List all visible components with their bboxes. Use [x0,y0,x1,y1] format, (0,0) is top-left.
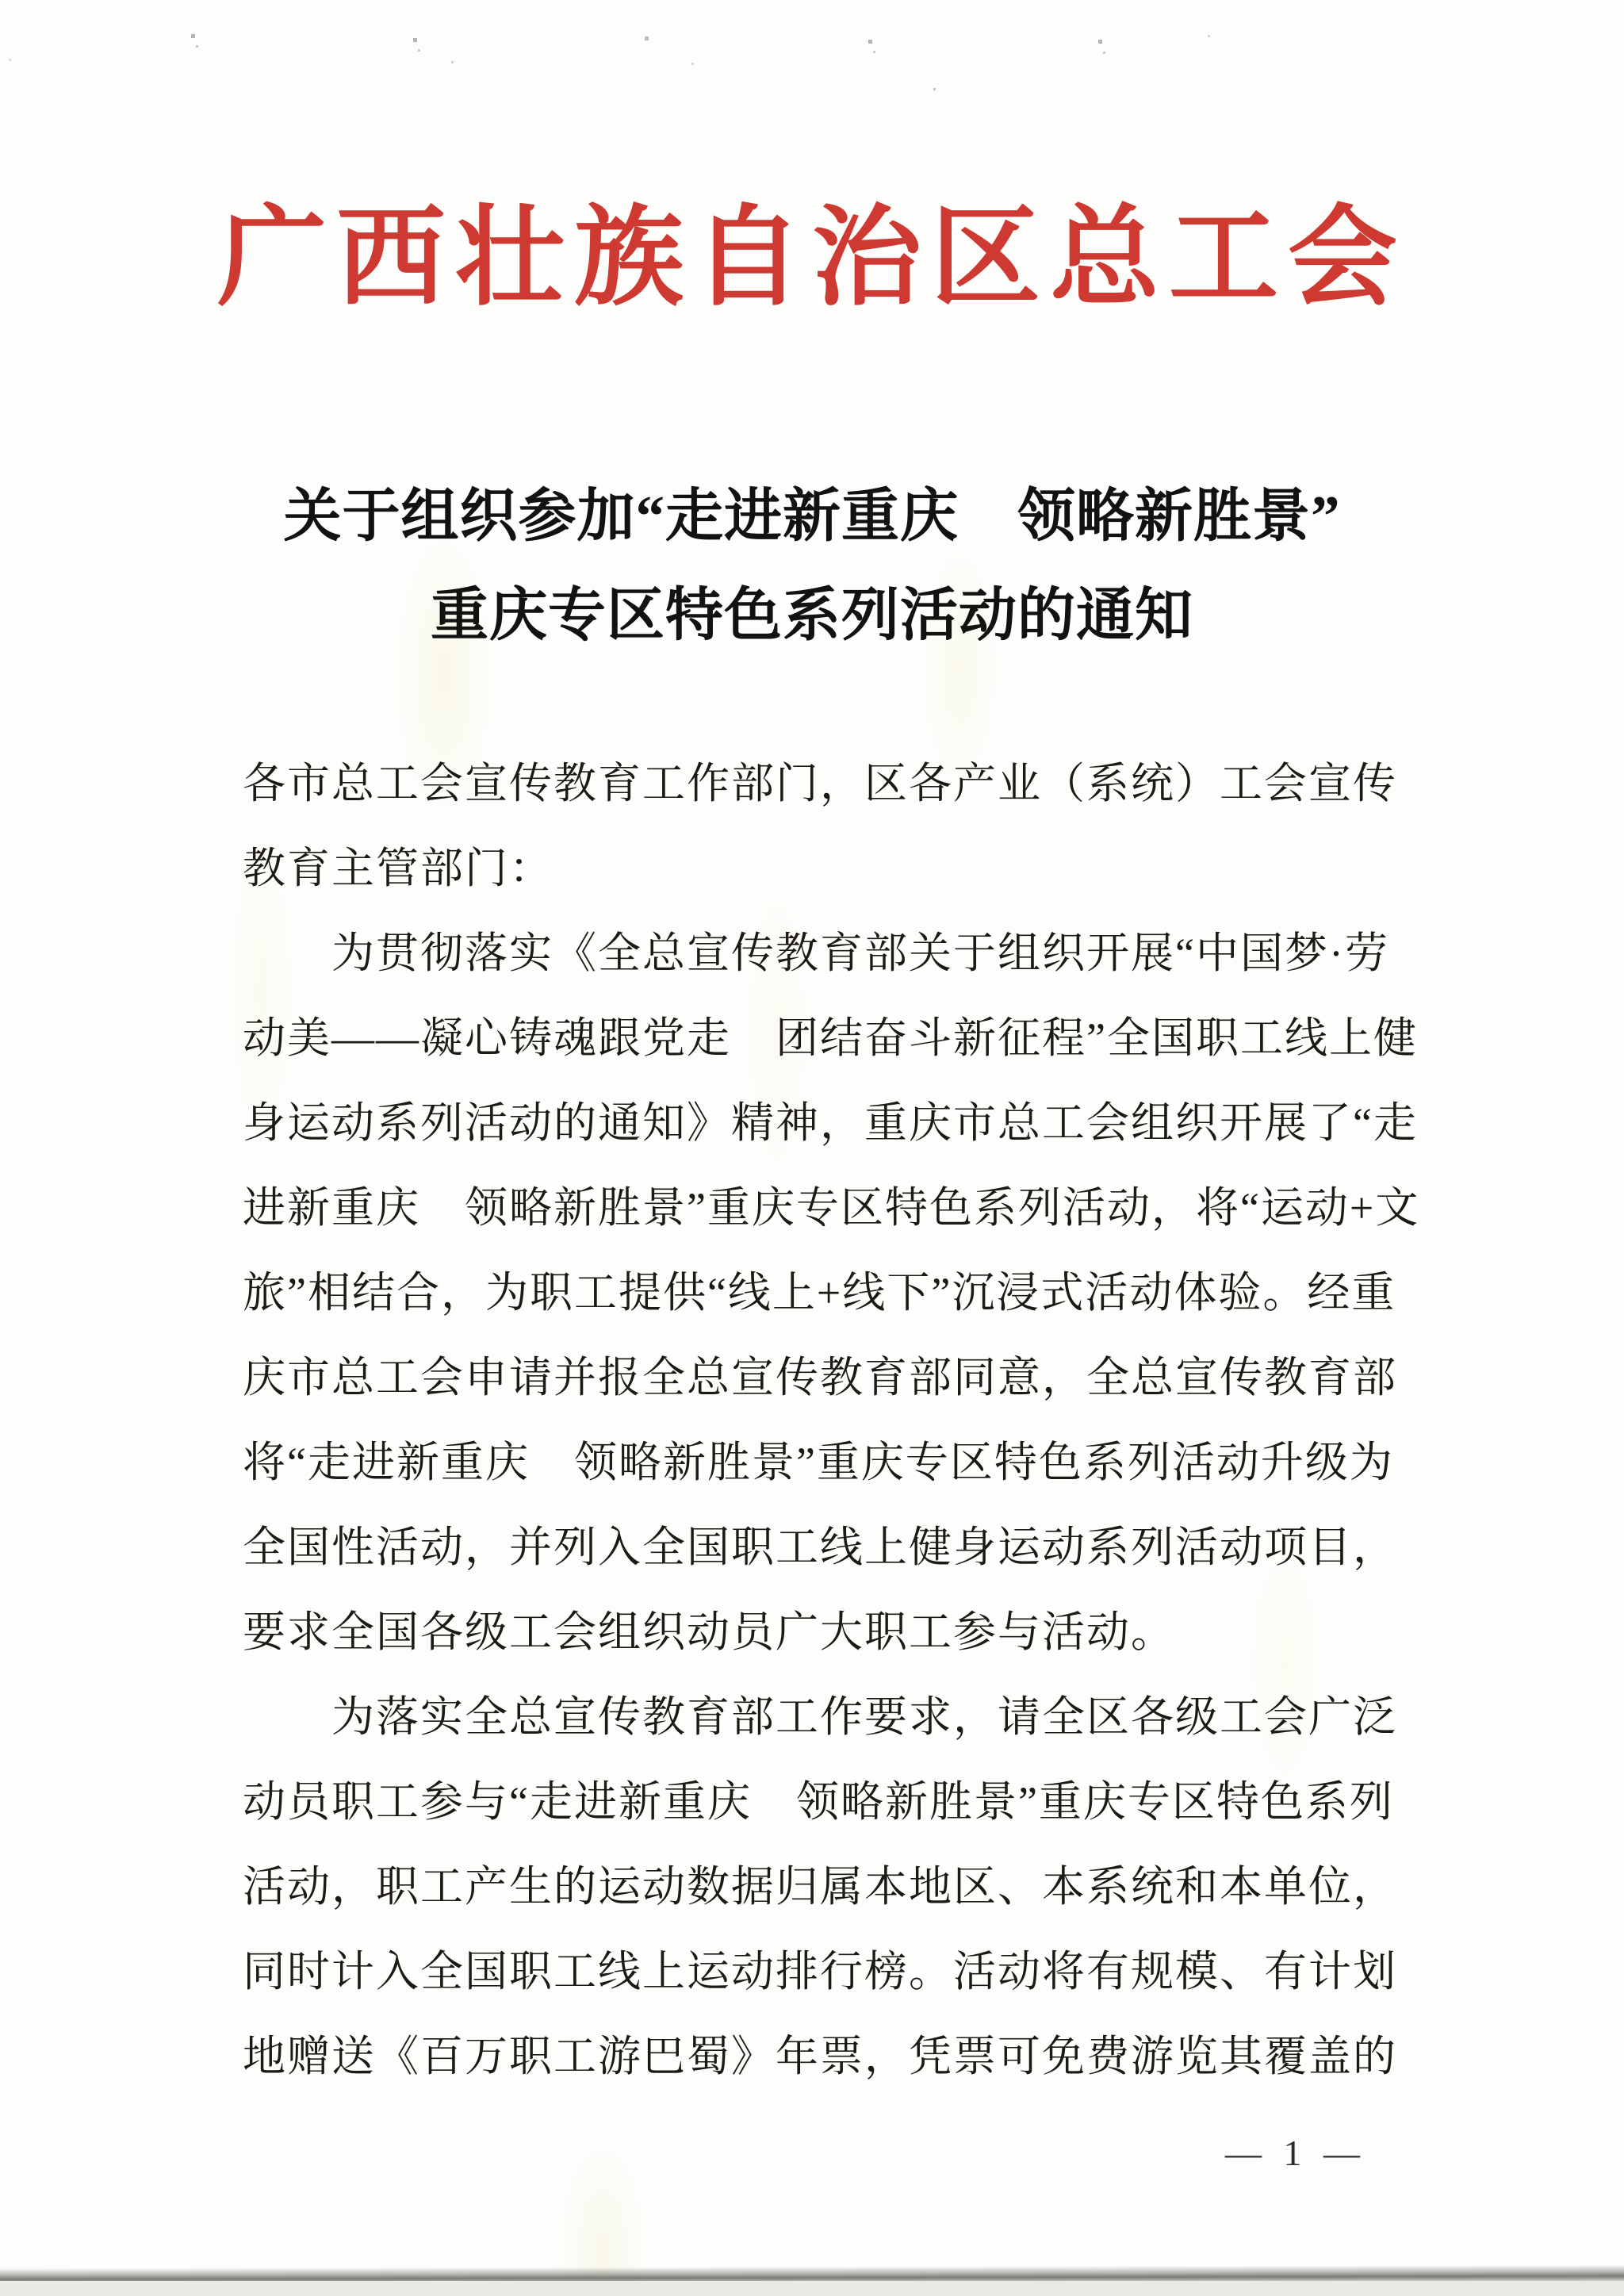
body-line: 各市总工会宣传教育工作部门，区各产业（系统）工会宣传 [243,742,1415,826]
body-line: 庆市总工会申请并报全总宣传教育部同意，全总宣传教育部 [243,1336,1415,1420]
scanner-background-strip [0,2281,1624,2296]
body-line: 活动，职工产生的运动数据归属本地区、本系统和本单位， [243,1845,1415,1930]
body-line: 为贯彻落实《全总宣传教育部关于组织开展“中国梦·劳 [243,911,1415,996]
body-line: 动美——凝心铸魂跟党走 团结奋斗新征程”全国职工线上健 [243,996,1415,1081]
body-line: 地赠送《百万职工游巴蜀》年票，凭票可免费游览其覆盖的 [243,2014,1415,2099]
document-title: 关于组织参加“走进新重庆 领略新胜景” 重庆专区特色系列活动的通知 [0,466,1624,665]
page-number: — 1 — [1225,2132,1366,2174]
body-line: 要求全国各级工会组织动员广大职工参与活动。 [243,1590,1415,1675]
body-line: 旅”相结合，为职工提供“线上+线下”沉浸式活动体验。经重 [243,1251,1415,1336]
document-page: 广西壮族自治区总工会 关于组织参加“走进新重庆 领略新胜景” 重庆专区特色系列活… [0,0,1624,2296]
document-title-line2: 重庆专区特色系列活动的通知 [0,565,1624,665]
body-text: 各市总工会宣传教育工作部门，区各产业（系统）工会宣传教育主管部门：为贯彻落实《全… [243,742,1415,2099]
body-line: 身运动系列活动的通知》精神，重庆市总工会组织开展了“走 [243,1081,1415,1166]
body-line: 进新重庆 领略新胜景”重庆专区特色系列活动，将“运动+文 [243,1166,1415,1251]
body-line: 同时计入全国职工线上运动排行榜。活动将有规模、有计划 [243,1930,1415,2014]
body-line: 全国性活动，并列入全国职工线上健身运动系列活动项目， [243,1505,1415,1590]
body-line: 动员职工参与“走进新重庆 领略新胜景”重庆专区特色系列 [243,1760,1415,1845]
body-line: 为落实全总宣传教育部工作要求，请全区各级工会广泛 [243,1675,1415,1760]
body-line: 教育主管部门： [243,826,1415,911]
letterhead-title: 广西壮族自治区总工会 [0,192,1624,325]
body-line: 将“走进新重庆 领略新胜景”重庆专区特色系列活动升级为 [243,1420,1415,1505]
document-title-line1: 关于组织参加“走进新重庆 领略新胜景” [0,466,1624,565]
scan-speck-artifacts [0,0,1,1]
